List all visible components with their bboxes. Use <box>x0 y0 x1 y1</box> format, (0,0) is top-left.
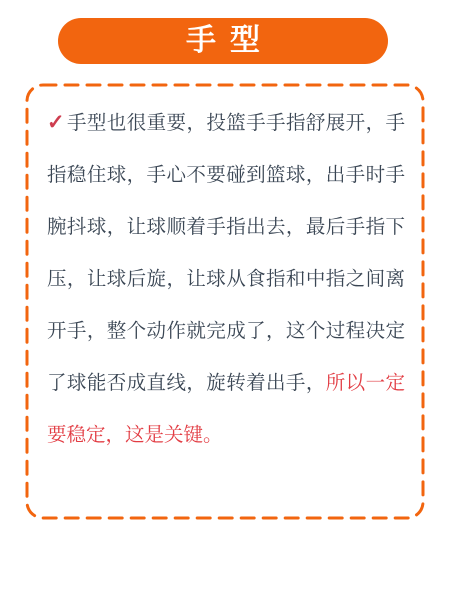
section-header: 手型 <box>58 18 388 64</box>
body-text-normal: 手型也很重要，投篮手手指舒展开，手指稳住球，手心不要碰到篮球，出手时手腕抖球，让… <box>47 112 405 394</box>
infographic-page: 手型 ✓手型也很重要，投篮手手指舒展开，手指稳住球，手心不要碰到篮球，出手时手腕… <box>0 0 451 600</box>
checkmark-icon: ✓ <box>47 111 65 134</box>
content-box: ✓手型也很重要，投篮手手指舒展开，手指稳住球，手心不要碰到篮球，出手时手腕抖球，… <box>25 83 425 520</box>
body-paragraph: ✓手型也很重要，投篮手手指舒展开，手指稳住球，手心不要碰到篮球，出手时手腕抖球，… <box>25 83 425 461</box>
section-title: 手型 <box>172 26 274 56</box>
